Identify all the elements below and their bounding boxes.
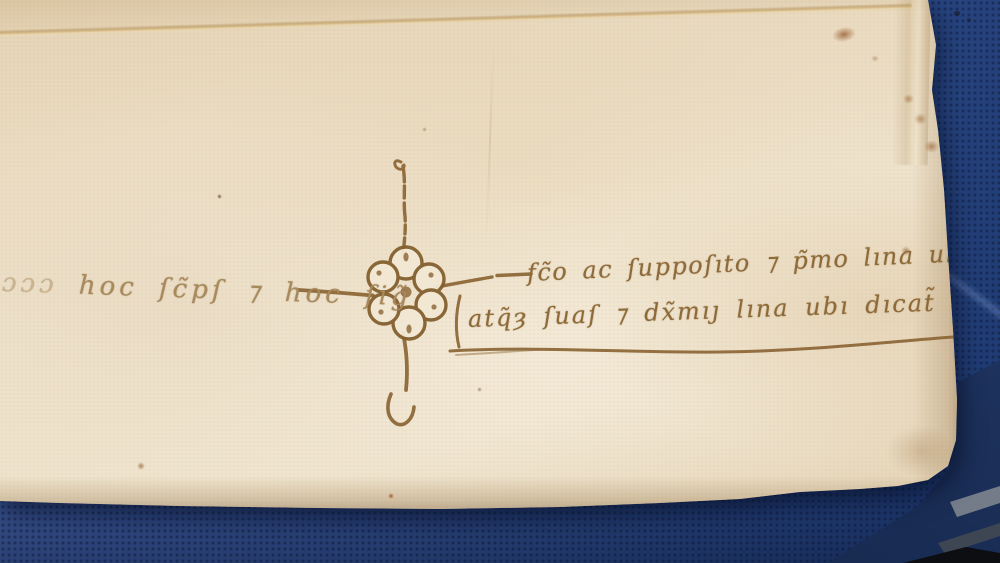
stem-hook xyxy=(388,394,414,425)
photo-scene: ɔɔɔ hoc ſc̃pſ ⁊ hoc ſig̃ fc̃o ac ſuppoſı… xyxy=(0,0,1000,563)
parchment-wrapper: ɔɔɔ hoc ſc̃pſ ⁊ hoc ſig̃ fc̃o ac ſuppoſı… xyxy=(0,0,1000,563)
stem-upper-line xyxy=(403,166,405,257)
right-dash xyxy=(497,274,531,276)
parchment: ɔɔɔ hoc ſc̃pſ ⁊ hoc ſig̃ fc̃o ac ſuppoſı… xyxy=(0,0,1000,563)
banner-left-edge xyxy=(456,296,460,347)
stem-lower-line xyxy=(403,333,407,390)
left-inscription-faded-part: ɔɔɔ xyxy=(1,268,58,300)
